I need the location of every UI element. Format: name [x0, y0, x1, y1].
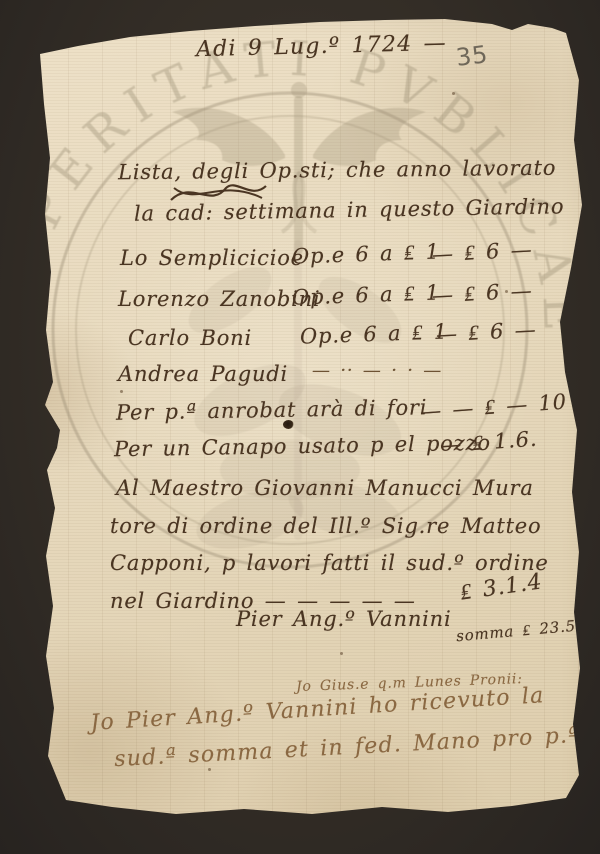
- expense-amount: — ₤ 1.6.: [439, 427, 538, 459]
- ledger-row-qty: Op.e 6 a ₤ 1: [300, 319, 449, 349]
- ledger-row-qty: Op.e 6 a ₤ 1: [292, 239, 441, 269]
- signature: Pier Ang.º Vannini: [236, 607, 452, 631]
- ledger-row-name: Carlo Boni: [128, 326, 252, 350]
- paper-speck: [208, 768, 211, 771]
- paper-speck: [452, 92, 455, 95]
- mason-paragraph-line: Al Maestro Giovanni Manucci Mura: [116, 476, 534, 500]
- mason-paragraph-line: Capponi, p lavori fatti il sud.º ordine: [110, 551, 549, 575]
- paper-speck: [120, 390, 123, 393]
- strikethrough-scribble-icon: [166, 178, 270, 208]
- paper-speck: [505, 290, 508, 293]
- title-line-2: la cad: settimana in questo Giardino: [134, 194, 565, 226]
- ledger-row-name: Andrea Pagudi: [118, 362, 288, 386]
- paper-speck: [340, 652, 343, 655]
- ledger-row-amount: — ₤ 6 —: [431, 278, 533, 308]
- date-heading: Adi 9 Lug.º 1724 —: [196, 31, 447, 63]
- ledger-row-qty: Op.e 6 a ₤ 1: [292, 280, 441, 310]
- receipt-line-2: sud.ª somma et in fed. Mano pro p.ª: [114, 723, 581, 772]
- ledger-row-name: Lo Semplicicioe: [120, 246, 304, 270]
- expense-amount: — — ₤ — 10 .: [419, 388, 585, 424]
- sum-total: somma ₤ 23.5: [455, 617, 576, 646]
- stamp-outer-ring-icon: [53, 93, 527, 567]
- ledger-row-name: Lorenzo Zanobini: [118, 287, 320, 311]
- photograph-background: PROSPERITATI PVBLICAE: [0, 0, 600, 854]
- receipt-interlinear-note: Jo Gius.e q.m Lunes Pronii:: [296, 671, 523, 695]
- ledger-row-amount: — ₤ 6 —: [431, 237, 533, 267]
- mason-amount: ₤ 3.1.4: [459, 568, 544, 605]
- mason-paragraph-line: nel Giardino — — — — —: [110, 589, 416, 613]
- ink-blot: [283, 420, 294, 429]
- title-line-1: Lista, degli Op.sti; che anno lavorato: [118, 156, 556, 185]
- mason-paragraph-line: tore di ordine del Ill.º Sig.re Matteo: [110, 514, 541, 538]
- manuscript-paper-sheet: PROSPERITATI PVBLICAE: [0, 0, 600, 854]
- stamp-inner-ring-icon: [76, 116, 504, 544]
- stamp-legend-text: PROSPERITATI PVBLICAE: [0, 30, 589, 428]
- expense-line-canapo: Per un Canapo usato p el pozzo: [114, 431, 491, 462]
- expense-line-fori: Per p.ª anrobat arà di fori: [116, 395, 428, 424]
- pencil-page-number: 35: [454, 40, 489, 72]
- stamp-ornament-icon: [178, 240, 412, 559]
- receipt-line-1: Jo Pier Ang.º Vannini ho ricevuto la: [90, 683, 545, 736]
- caduceus-icon: [172, 82, 426, 254]
- tax-stamp-watermark: PROSPERITATI PVBLICAE: [0, 0, 600, 854]
- ledger-row-amount: — ₤ 6 —: [435, 317, 537, 347]
- ledger-row-dots: — ·· — · · —: [312, 360, 442, 381]
- archival-number: N.º 390/: [33, 19, 119, 50]
